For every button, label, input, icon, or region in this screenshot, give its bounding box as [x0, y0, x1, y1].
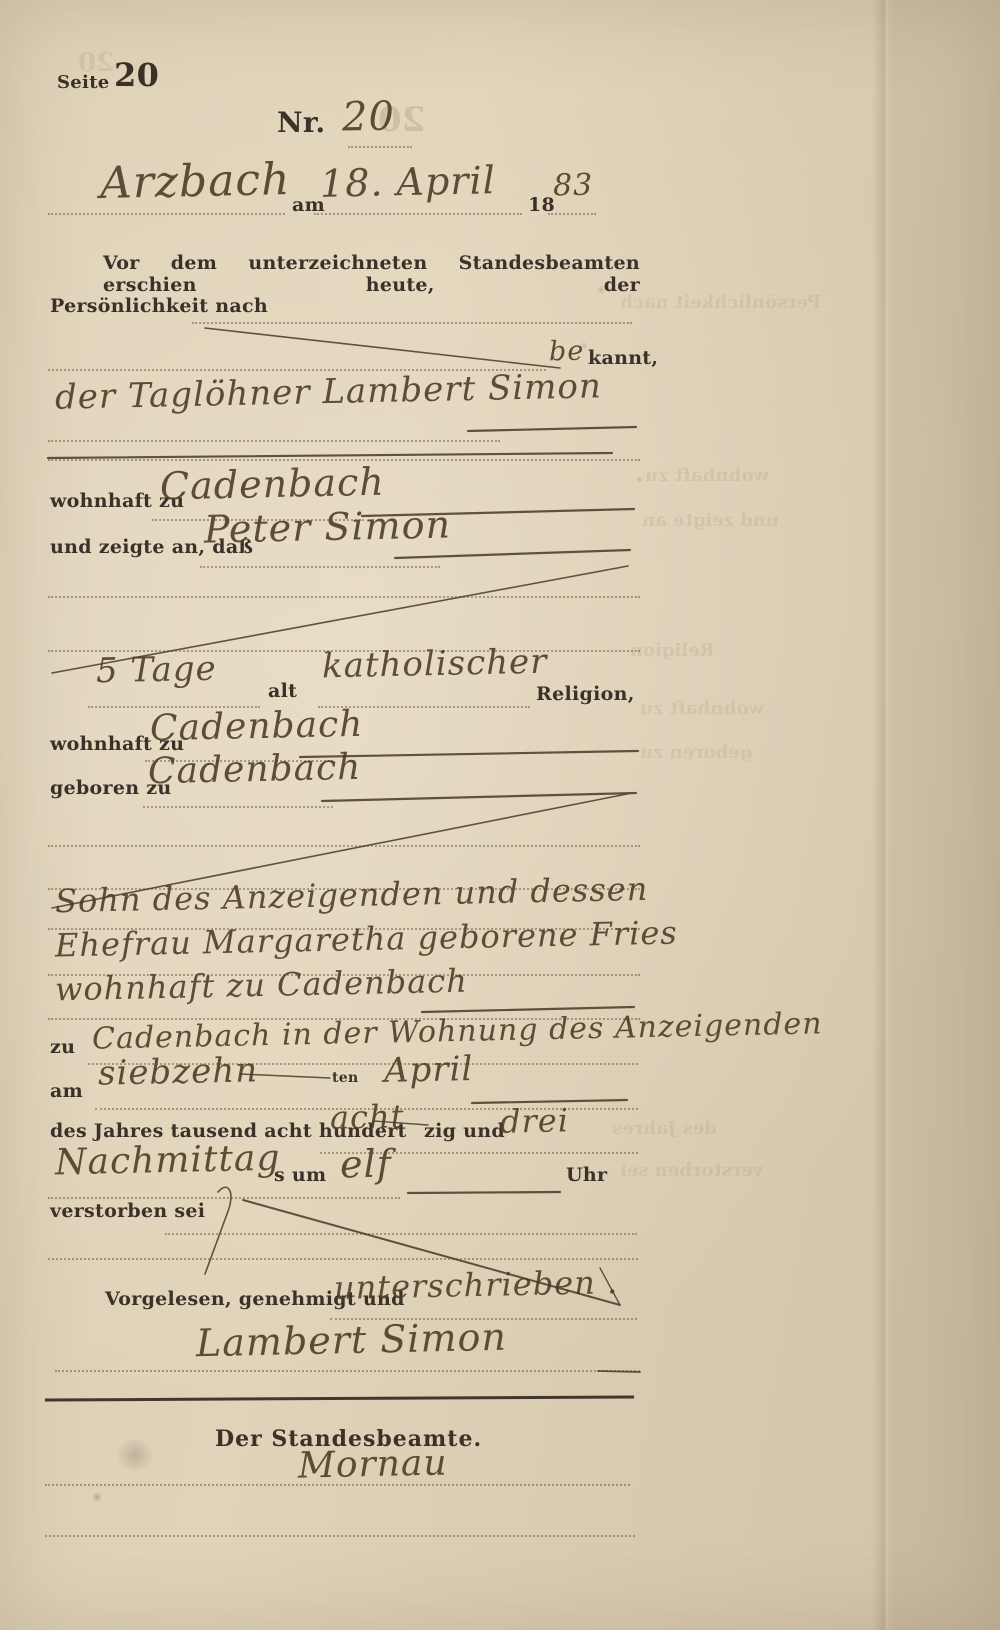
registry-place-handwritten: Arzbach: [99, 154, 290, 209]
section-rule: [45, 1397, 634, 1400]
fill-line: [395, 550, 630, 558]
age-label: alt: [268, 680, 297, 702]
declarant-residence-handwritten: Cadenbach: [160, 460, 386, 509]
strike-line: [205, 328, 560, 368]
dotted-line: [192, 322, 632, 324]
hour-handwritten: elf: [340, 1141, 393, 1186]
death-day-label: am: [50, 1080, 83, 1102]
record-number-label: Nr.: [277, 106, 325, 139]
record-number-value: 20: [342, 93, 396, 140]
death-day-handwritten: siebzehn: [98, 1050, 259, 1093]
known-handwritten: be: [549, 336, 585, 368]
paper-stain: [92, 1492, 102, 1502]
uhr-label: Uhr: [566, 1164, 607, 1186]
page-right-shading: [888, 0, 1000, 1630]
fill-line: [468, 427, 636, 431]
declarant-signature: Lambert Simon: [196, 1315, 508, 1365]
registrar-signature: Mornau: [298, 1442, 448, 1486]
fill-line: [408, 1192, 560, 1193]
deceased-residence-handwritten: Cadenbach: [150, 704, 364, 749]
attest-handwritten: unterschrieben .: [334, 1263, 619, 1307]
page-vignette: [0, 0, 1000, 1630]
died-label: verstorben sei: [50, 1200, 205, 1222]
bleedthrough-text: wohnhaft zu: [640, 698, 764, 719]
daytime-handwritten: Nachmittag: [55, 1138, 281, 1184]
dotted-line: [48, 845, 640, 847]
bleedthrough-text: geboren zu: [640, 742, 752, 763]
page-label: Seite: [57, 72, 110, 93]
bleedthrough-text: des Jahres: [612, 1118, 717, 1139]
bleedthrough-text: verstorben sei: [620, 1160, 763, 1181]
dotted-line: [548, 213, 596, 215]
age-handwritten: 5 Tage: [96, 649, 217, 692]
dotted-line: [48, 1258, 638, 1260]
bleedthrough-text: Persönlichkeit nach: [620, 292, 821, 313]
dotted-line: [48, 440, 500, 442]
year-handwritten: 83: [553, 168, 594, 204]
deceased-name-handwritten: Peter Simon: [204, 502, 452, 551]
kinship-line-3: wohnhaft zu Cadenbach: [55, 962, 468, 1009]
bleedthrough-text: Religion: [630, 640, 715, 661]
bleedthrough-text: wohnhaft zu: [645, 465, 769, 486]
fill-line: [322, 793, 636, 801]
dotted-line: [200, 566, 440, 568]
registry-page: 20 20 Persönlichkeit nach wohnhaft zu un…: [0, 0, 1000, 1630]
dotted-line: [45, 1484, 630, 1486]
dotted-line: [48, 213, 285, 215]
declarant-handwritten: der Taglöhner Lambert Simon: [55, 366, 603, 417]
kinship-line-1: Sohn des Anzeigenden und dessen: [55, 870, 649, 920]
dotted-line: [55, 1370, 640, 1372]
religion-handwritten: katholischer: [322, 642, 548, 687]
paper-stain: [112, 1440, 158, 1470]
identity-label: Persönlichkeit nach: [50, 295, 268, 317]
dotted-line: [48, 596, 640, 598]
flourish-stroke: [205, 1187, 231, 1274]
ten-suffix: ten: [332, 1070, 358, 1086]
dotted-line: [45, 1535, 635, 1537]
dotted-line: [48, 1197, 400, 1199]
year-units-handwritten: drei: [500, 1101, 570, 1140]
ink-strokes-overlay: [0, 0, 1000, 1630]
birthplace-handwritten: Cadenbach: [148, 747, 362, 792]
um-label: s um: [274, 1164, 326, 1186]
year-tens-handwritten: acht: [330, 1097, 405, 1137]
year-mid: zig und: [424, 1120, 505, 1142]
fill-line: [48, 453, 612, 458]
intro-line: Vor dem unterzeichneten Standesbeamten e…: [103, 252, 640, 296]
kinship-line-2: Ehefrau Margaretha geborene Fries: [55, 913, 678, 964]
page-number: 20: [114, 56, 159, 94]
date-handwritten: 18. April: [320, 158, 497, 206]
religion-label: Religion,: [536, 683, 635, 705]
paper-stain: [636, 476, 643, 483]
death-month-handwritten: April: [384, 1049, 474, 1091]
dotted-line: [165, 1233, 637, 1235]
dotted-line: [143, 806, 333, 808]
death-place-label: zu: [50, 1036, 75, 1058]
dotted-line: [314, 213, 522, 215]
bleedthrough-text: und zeigte an: [642, 510, 779, 531]
dotted-line: [348, 146, 412, 148]
